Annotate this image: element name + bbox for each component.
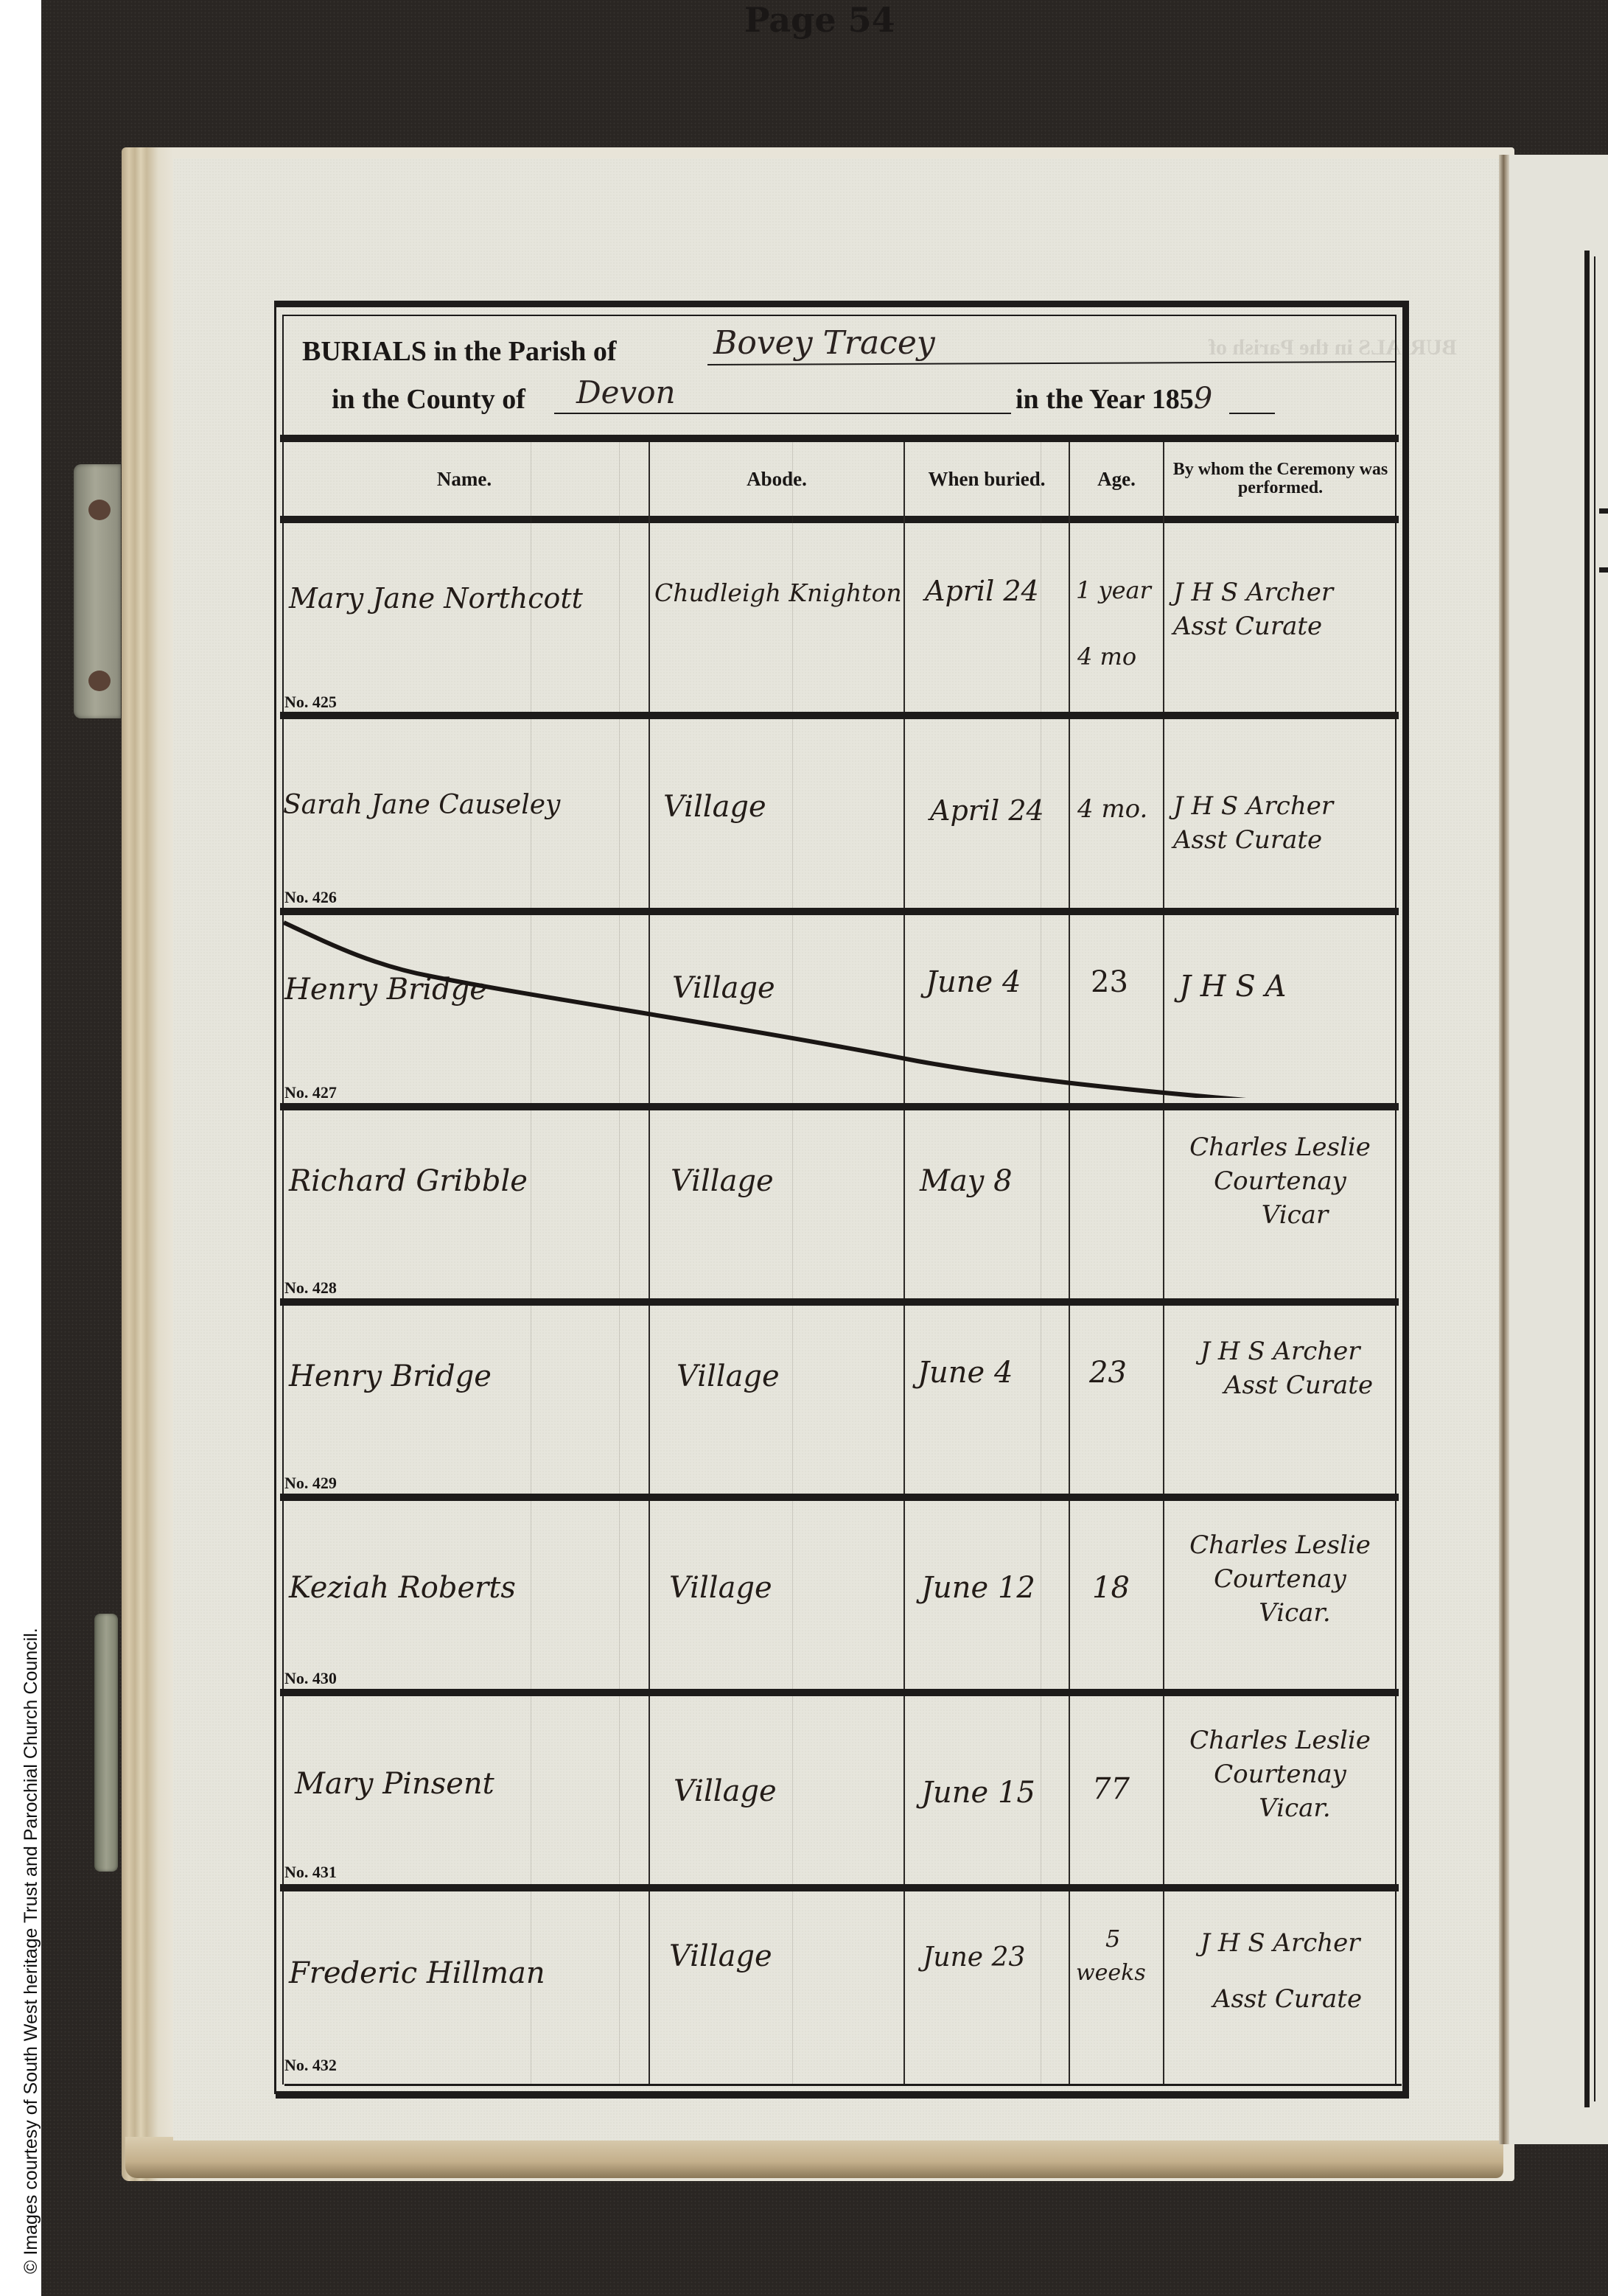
copyright-strip: © Images courtesy of South West heritage…	[0, 0, 41, 2296]
entry-number: No. 426	[284, 888, 337, 907]
row-rule	[280, 712, 1399, 719]
header-bottom-rule	[280, 516, 1399, 523]
entry-age: 77	[1092, 1772, 1130, 1806]
clasp-hinge-top	[74, 464, 121, 718]
facing-page-rule	[1599, 567, 1608, 573]
header-top-rule	[280, 435, 1399, 442]
entry-age: 4 mo.	[1077, 794, 1147, 824]
entry-number: No. 429	[284, 1474, 337, 1493]
entry-age: 18	[1092, 1571, 1130, 1605]
year-fill-line	[1229, 413, 1275, 414]
county-value: Devon	[576, 374, 676, 410]
column-header-abode: Abode.	[650, 442, 903, 516]
column-divider	[903, 442, 905, 2084]
clasp-hinge-bottom	[94, 1614, 118, 1872]
entry-ceremony: J H S Archer Asst Curate	[1173, 790, 1394, 858]
faint-bleed-line	[792, 442, 793, 2084]
page-number: Page 54	[744, 0, 895, 40]
entry-when-buried: April 24	[930, 794, 1044, 827]
book-bottom-edge	[125, 2137, 1503, 2178]
book-gutter	[1499, 155, 1509, 2144]
entry-when-buried: June 12	[921, 1571, 1035, 1605]
column-header-when-buried: When buried.	[905, 442, 1069, 516]
entry-number: No. 428	[284, 1278, 337, 1298]
county-label: in the County of	[332, 383, 525, 416]
entry-number: No. 432	[284, 2056, 337, 2075]
entry-when-buried: April 24	[925, 575, 1039, 607]
entry-ceremony: J H S Archer Asst Curate	[1166, 1335, 1394, 1403]
entry-name: Mary Pinsent	[295, 1767, 494, 1801]
column-divider	[1163, 442, 1164, 2084]
row-rule	[280, 1884, 1399, 1891]
entry-when-buried: June 23	[923, 1942, 1025, 1973]
entry-age-line2: weeks	[1076, 1960, 1146, 1986]
column-header-ceremony: By whom the Ceremony was performed.	[1168, 442, 1393, 516]
row-rule	[280, 1298, 1399, 1306]
register-frame-bottom	[274, 2082, 1409, 2100]
entry-name: Richard Gribble	[289, 1164, 528, 1198]
entry-abode: Village	[669, 1939, 772, 1973]
entry-name: Keziah Roberts	[289, 1571, 516, 1605]
rivet-icon	[88, 671, 111, 691]
column-divider	[649, 442, 650, 2084]
parish-value: Bovey Tracey	[713, 324, 935, 362]
entry-number: No. 425	[284, 693, 337, 712]
facing-page-rule	[1599, 508, 1608, 514]
entry-ceremony: Charles Leslie Courtenay Vicar.	[1166, 1529, 1394, 1631]
entry-age: 23	[1089, 1356, 1127, 1390]
entry-name: Frederic Hillman	[289, 1956, 545, 1990]
county-fill-line	[554, 413, 1011, 414]
entry-when-buried: June 15	[921, 1776, 1035, 1810]
entry-abode: Village	[669, 1571, 772, 1605]
faint-bleed-line	[1041, 442, 1041, 2084]
rivet-icon	[88, 500, 111, 520]
faint-bleed-line	[619, 442, 620, 2084]
register-title: BURIALS in the Parish of	[302, 335, 617, 368]
entry-name: Mary Jane Northcott	[289, 582, 583, 615]
row-rule	[280, 1689, 1399, 1696]
entry-when-buried: June 4	[917, 1356, 1013, 1390]
strikethrough-line	[284, 914, 1389, 1098]
entry-when-buried: May 8	[920, 1164, 1013, 1198]
entry-ceremony: Charles Leslie Courtenay Vicar	[1166, 1131, 1394, 1233]
entry-abode: Village	[674, 1774, 777, 1808]
faint-bleed-line	[531, 442, 531, 2084]
year-label: in the Year 1859	[1016, 382, 1212, 416]
entry-age: 5	[1105, 1925, 1120, 1953]
column-header-name: Name.	[280, 442, 649, 516]
entry-name: Sarah Jane Causeley	[283, 790, 560, 820]
entry-ceremony: Charles Leslie Courtenay Vicar.	[1166, 1724, 1394, 1826]
copyright-text: © Images courtesy of South West heritage…	[21, 1628, 42, 2274]
column-header-age: Age.	[1070, 442, 1163, 516]
facing-page-frame	[1584, 251, 1608, 2107]
entry-ceremony: J H S Archer Asst Curate	[1166, 1927, 1394, 2017]
entry-abode: Village	[677, 1359, 780, 1393]
entry-age-line2: 4 mo	[1077, 643, 1136, 671]
entry-number: No. 431	[284, 1863, 337, 1882]
entry-abode: Village	[671, 1164, 774, 1198]
column-divider	[1069, 442, 1070, 2084]
entry-age: 1 year	[1076, 576, 1151, 604]
entry-abode: Village	[663, 790, 766, 824]
entry-abode: Chudleigh Knighton	[654, 578, 902, 607]
row-rule	[280, 1103, 1399, 1110]
entry-number: No. 430	[284, 1669, 337, 1688]
title-prefix: BURIALS in the Parish of	[302, 336, 617, 367]
entry-ceremony: J H S Archer Asst Curate	[1173, 576, 1394, 644]
year-written: 9	[1194, 382, 1212, 416]
row-rule	[280, 1494, 1399, 1501]
entry-name: Henry Bridge	[289, 1359, 492, 1393]
